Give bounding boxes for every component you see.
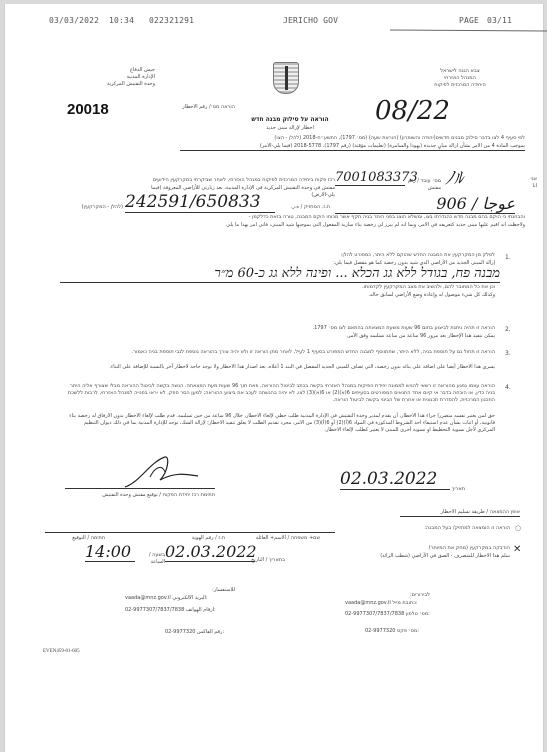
contact-hebrew-fax: 02-9977320 xyxy=(365,628,395,634)
header-left-org: جيش الدفاع الإدارة المدنية وحدة التفتيش … xyxy=(65,67,155,88)
fax-sender: JERICHO GOV xyxy=(283,16,338,25)
delivery-time-handwritten: 14:00 xyxy=(85,542,135,562)
org-he-line-2: המנהל האזרחי xyxy=(405,75,515,82)
delivery-date-handwritten: 02.03.2022 xyxy=(165,542,255,562)
item-4-hebrew: הוראה עצמו נפגע מהוראה זו רשאי להגיש לממ… xyxy=(65,383,495,404)
item-3-number: 3. xyxy=(505,350,511,357)
org-line-1: جيش الدفاع xyxy=(65,67,155,74)
legal-basis-hebrew: לפי סעיף 4 לצו בדבר סילוק מבנים חדשים(יה… xyxy=(70,135,525,142)
item-4-arabic: حق لمن يعتبر نفسه متضررا جراء هذا الاخطا… xyxy=(65,413,495,434)
col-name: שם+ משפחה / الاسم+ العائلة xyxy=(240,535,320,542)
signature-label: חתימת רכז יחידת הפקוח / توقيع مفتش وحدة … xyxy=(65,492,215,499)
title-arabic: اخطار لإزالة مبنى جديد xyxy=(225,125,355,132)
fax-page-label: PAGE xyxy=(459,16,479,25)
contact-arabic-fax-row: 02-9977320 رقم الفاكس: xyxy=(165,629,265,636)
contact-arabic-phone-row: 02-9977307/7837/7838 ارقام الهواتف: xyxy=(125,607,275,614)
contact-hebrew-phone: 02-9977307/7837/7838 xyxy=(345,611,404,617)
contact-arabic-email-row: vaada@mnz.gov.il البريد الالكتروني: xyxy=(125,595,265,602)
form-code: EVEN459-01-605 xyxy=(43,648,80,655)
fax-date: 03/03/2022 xyxy=(49,16,99,25)
org-line-3: وحدة التفتيش المركزية xyxy=(65,81,155,88)
org-line-2: الإدارة المدنية xyxy=(65,74,155,81)
fax-header-line xyxy=(390,29,547,31)
delivery-date-label: בתאריך / التاريخ xyxy=(245,557,285,564)
finding-hebrew: והבחנתי כי הוקם בהם מבנה חדש כהגדרתו בצו… xyxy=(50,214,525,221)
crest-emblem-icon xyxy=(273,62,299,94)
item-1-handwritten-description: מבנה פח, בגודל ללא גג הכלא ... ופינה ללא… xyxy=(60,266,500,283)
contact-arabic-fax: 02-9977320 xyxy=(165,629,195,635)
signature-date-handwritten: 02.03.2022 xyxy=(340,469,450,490)
option-1-radio: ○ xyxy=(515,524,521,532)
item-2-arabic: يمكن تنفيذ هذا الإخطار بعد مرور 96 ساعة … xyxy=(215,333,495,340)
org-he-line-1: צבא הגנה לישראל xyxy=(405,68,515,75)
finding-arabic: ولاحظت انه اقيم عليها مبنى جديد كتعريفه … xyxy=(115,222,525,229)
contact-hebrew-email[interactable]: vaada@mnz.gov.il xyxy=(345,600,391,606)
delivery-time-label: בשעה / الساعة xyxy=(135,552,165,566)
fax-number: 022321291 xyxy=(149,16,194,25)
item-4-number: 4. xyxy=(505,384,511,391)
order-number-label: הוראה מס׳/ رقم الاخطار xyxy=(145,104,235,111)
col-signature: חתימה / التوقيع xyxy=(65,535,105,542)
id-label: ת.ז. המחזיק / ه.ز. xyxy=(275,204,330,211)
employee-number: 7001083373 xyxy=(335,170,405,186)
contact-arabic-heading: للاستفسار: xyxy=(95,587,235,594)
title-hebrew: הוראה על סילוק מבנה חדש xyxy=(225,116,355,123)
item-3-hebrew: הוראה זו תחול גם על תוספת בניה, ללא היתר… xyxy=(65,349,495,356)
handwritten-reference: 08/22 xyxy=(375,96,450,126)
scanned-document-page: 03/03/2022 10:34 022321291 JERICHO GOV P… xyxy=(4,4,544,752)
delivery-option-1: הוראה זו הומצאה למחזיק/ בעל המבנה: xyxy=(335,525,510,532)
delivery-option-2: הודבקה במקרקעין (מחק את המיותר) xyxy=(355,545,510,552)
delivery-heading: אופן ההמצאה / طريقة تسليم الاخطار xyxy=(400,509,520,517)
contact-hebrew-email-label: כתובת מייל: xyxy=(392,600,417,606)
fax-time: 10:34 xyxy=(109,16,134,25)
legal-basis-arabic: بموجب المادة 4 من الامر بشأن ازالة مبانٍ… xyxy=(180,143,525,151)
signature-line xyxy=(65,488,215,489)
contact-arabic-phone: 02-9977307/7837/7838 xyxy=(125,607,184,613)
item-3-arabic: يسري هذا الاخطار أيضا على اضافة على بنائ… xyxy=(65,364,495,371)
item-2-number: 2. xyxy=(505,326,511,333)
contact-hebrew-heading: לבירורים: xyxy=(365,592,430,599)
inspector-intro-arabic: انا xyxy=(517,183,537,190)
fax-page-number: 03/11 xyxy=(487,16,512,25)
item-1-arabic-cont: وكذلك كل شيء موصول له وإعادة وضع الأراضي… xyxy=(205,292,495,299)
order-number: 20018 xyxy=(67,101,109,118)
contact-arabic-fax-label: رقم الفاكس: xyxy=(197,629,224,635)
delivery-option-2-arabic: سلم هذا الاخطار للمتصرف - الصق في الأراض… xyxy=(305,553,510,560)
delivery-recipient-line xyxy=(45,532,335,533)
employee-number-label: מס׳ עובד / رقم مفتش xyxy=(403,178,441,192)
option-2-x-mark: ✕ xyxy=(513,544,521,555)
contact-arabic-email-label: البريد الالكتروني: xyxy=(172,595,207,601)
location-handwritten: عوجا / 906 xyxy=(335,194,515,214)
contact-hebrew-phone-row: 02-9977307/7837/7838 מס׳ טלפון: xyxy=(345,611,485,618)
contact-hebrew-phone-label: מס׳ טלפון: xyxy=(406,611,430,617)
holder-id-number: 242591/650833 xyxy=(125,192,275,213)
inspector-text-hebrew: רכז פקוח ביחידה המרכזית לפיקוח במנהל האז… xyxy=(65,177,335,184)
inspector-signature-icon xyxy=(120,452,200,492)
holder-label: (להלן - המקרקעין) xyxy=(45,204,123,211)
col-id: ת.ז / رقم الهوية xyxy=(175,535,225,542)
contact-hebrew-fax-label: מס׳ פקס: xyxy=(397,628,419,634)
contact-hebrew-email-row: vaada@mnz.gov.il כתובת מייל: xyxy=(345,600,485,607)
inspector-intro-hebrew: אני xyxy=(517,176,537,183)
org-he-line-3: היחידה המרכזית לפיקוח xyxy=(405,82,515,89)
contact-hebrew-fax-row: 02-9977320 מס׳ פקס: xyxy=(365,628,465,635)
contact-arabic-email[interactable]: vaada@mnz.gov.il xyxy=(125,595,171,601)
item-2-hebrew: הוראה זו תהיה ניתנת לביצוע בתום 96 שעות … xyxy=(165,325,495,332)
signature-date-label: תאריך xyxy=(445,486,465,493)
contact-arabic-phone-label: ارقام الهواتف: xyxy=(186,607,216,613)
inspector-signature-name: ﾉﾙ xyxy=(445,164,463,190)
item-1-hebrew-cont: וכן את כל המחובר להם, ולהשיב את מצב המקר… xyxy=(205,284,495,291)
item-1-hebrew: לסלק מן המקרקעין את המבנה החדש שהוקם ללא… xyxy=(175,252,495,259)
item-1-number: 1. xyxy=(505,254,511,261)
header-right-org: צבא הגנה לישראל המנהל האזרחי היחידה המרכ… xyxy=(405,68,515,89)
